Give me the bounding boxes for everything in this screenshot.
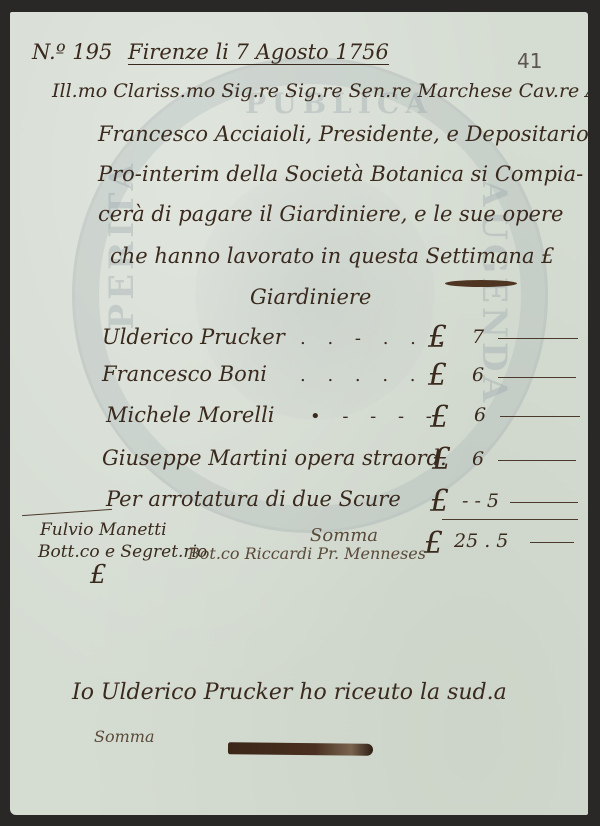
body-line-2: Francesco Acciaioli, Presidente, e Depos…: [98, 122, 588, 146]
folio-number: 41: [517, 49, 542, 73]
total-rule: [442, 519, 578, 520]
ink-blot: [228, 742, 373, 756]
amount-rule: [498, 460, 576, 461]
place-date: Firenze li 7 Agosto 1756: [128, 40, 389, 65]
total-label: Somma: [310, 525, 378, 546]
entry-name: Per arrotatura di due Scure: [106, 487, 401, 511]
receipt-line: Io Ulderico Prucker ho riceuto la sud.a: [72, 680, 507, 705]
entry-name: Ulderico Prucker: [102, 325, 285, 349]
entry-amount: 6: [472, 448, 484, 470]
receipt-somma: Somma: [94, 727, 154, 746]
total-amount: 25 . 5: [454, 530, 508, 552]
approver-title: Bott.co e Segret.rio: [38, 542, 207, 562]
body-line-1: Ill.mo Clariss.mo Sig.re Sig.re Sen.re M…: [52, 80, 588, 102]
amount-rule: [498, 338, 578, 339]
lira-symbol-icon: £: [432, 442, 451, 477]
approval-note: Bot.co Riccardi Pr. Menneses: [188, 544, 426, 563]
amount-rule: [498, 377, 576, 378]
lira-symbol-icon: £: [90, 560, 107, 590]
lira-symbol-icon: £: [428, 320, 447, 355]
lira-symbol-icon: £: [430, 400, 449, 435]
amount-rule: [500, 416, 580, 417]
entry-name: Giuseppe Martini opera straord.: [102, 446, 447, 470]
entry-amount: 7: [472, 326, 484, 348]
leader-dots: . . . . .: [300, 365, 424, 386]
document-number: N.º 195: [32, 40, 112, 64]
lira-symbol-icon: £: [424, 526, 443, 561]
lira-symbol-icon: £: [428, 358, 447, 393]
lira-symbol-icon: £: [430, 484, 449, 519]
amount-rule: [530, 542, 574, 543]
entry-amount: - - 5: [462, 490, 499, 512]
body-line-5: che hanno lavorato in questa Settimana £: [110, 244, 555, 268]
entry-name: Michele Morelli: [106, 403, 275, 427]
entry-name: Francesco Boni: [102, 362, 267, 386]
manuscript-page: PERITA AUGENDA PUBLICA 41 N.º 195 Firenz…: [10, 12, 588, 815]
subheading-giardiniere: Giardiniere: [250, 285, 371, 309]
approver-name: Fulvio Manetti: [40, 520, 167, 540]
entry-amount: 6: [474, 404, 486, 426]
ink-flourish: [445, 280, 517, 287]
body-line-3: Pro-interim della Società Botanica si Co…: [98, 162, 583, 186]
body-line-4: cerà di pagare il Giardiniere, e le sue …: [98, 202, 563, 226]
signature-stroke: [22, 509, 112, 516]
leader-dots: • - - - -: [310, 406, 440, 427]
amount-rule: [510, 502, 578, 503]
entry-amount: 6: [472, 364, 484, 386]
